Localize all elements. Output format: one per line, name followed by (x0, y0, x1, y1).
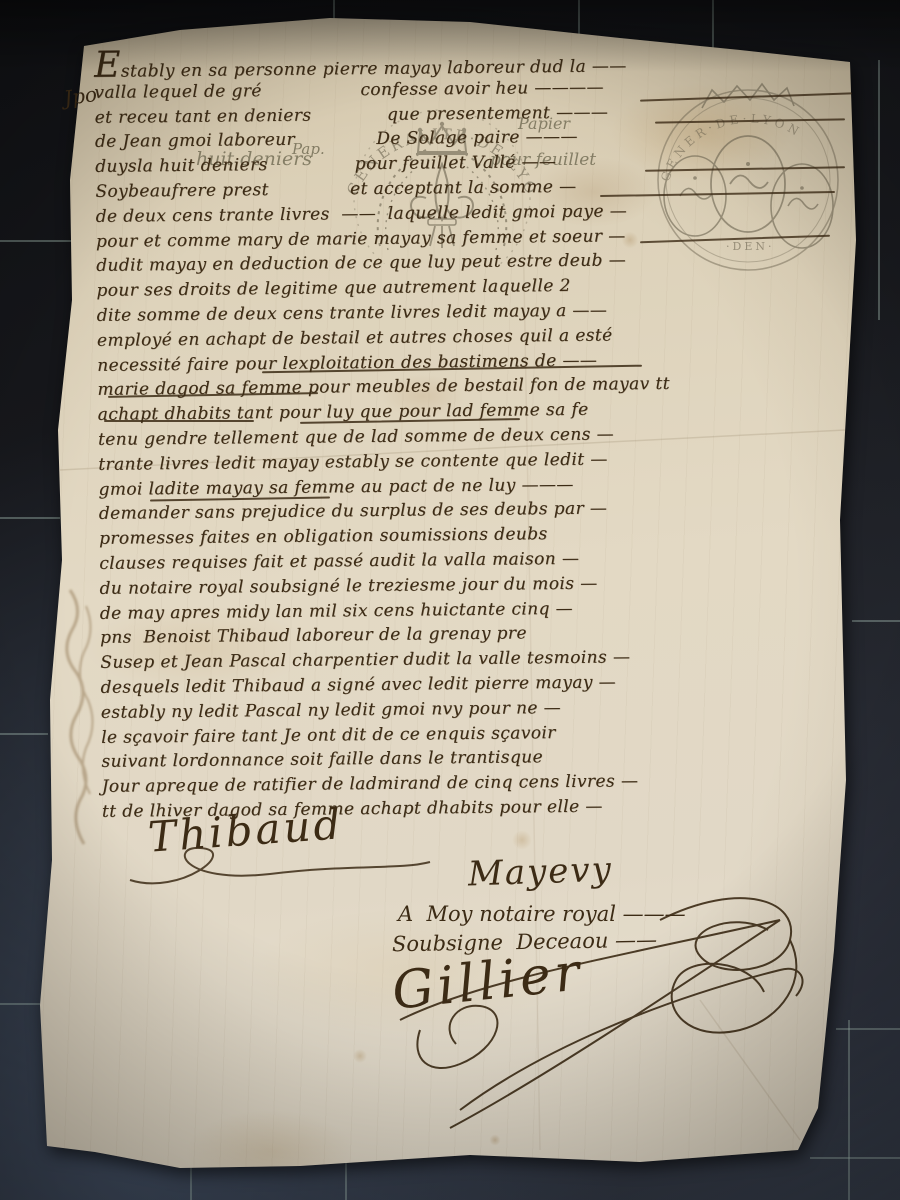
margin-mark: Jpo (62, 82, 98, 110)
strikethrough (104, 420, 254, 422)
photo-of-manuscript-on-tiles: GENERALITE·DE·LYON GENER·DE·LYON ·DEN· P… (0, 0, 900, 1200)
notary-attestation-line: A Moy notaire royal ——— (398, 902, 686, 926)
signature-mayevy: Mayevy (467, 849, 613, 894)
manuscript-text-block: Estably en sa personne pierre mayay labo… (94, 48, 842, 824)
